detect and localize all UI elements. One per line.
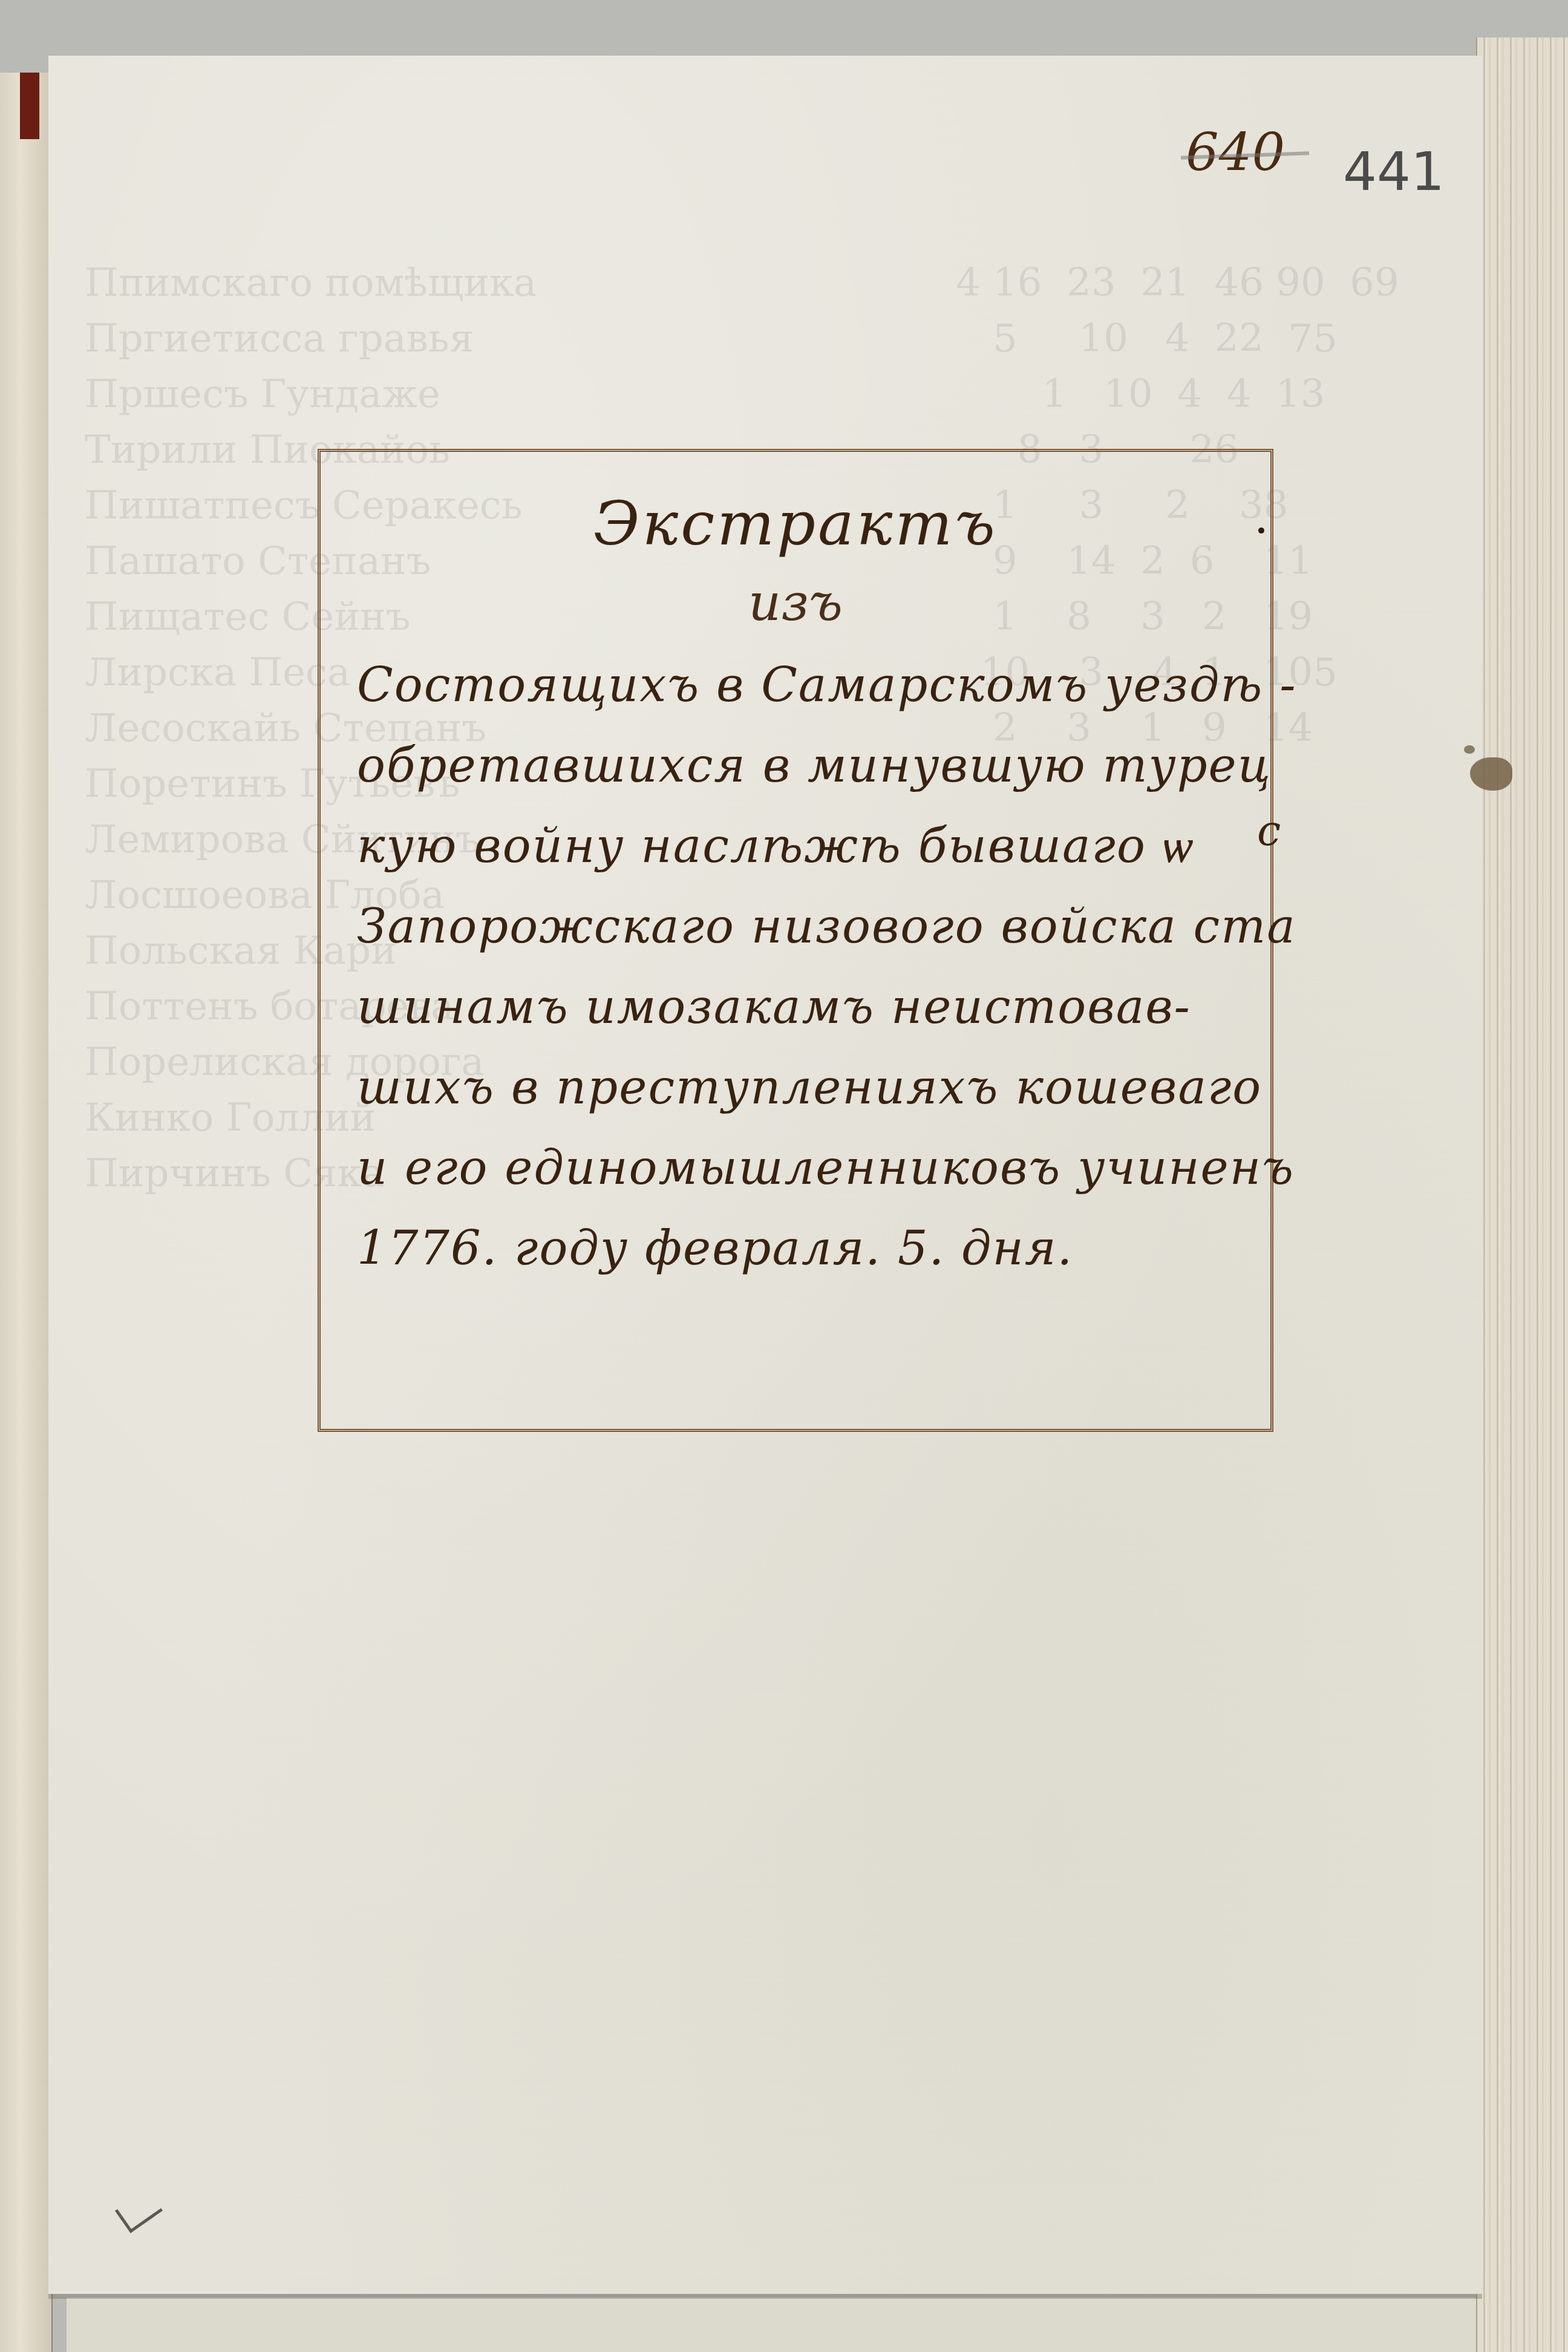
entry-title: Экстрактъ [321,488,1270,559]
ink-blot [1470,757,1512,791]
book-spine-left [0,73,53,2352]
entry-body: Состоящихъ в Самарскомъ уездѣ - обретавш… [357,645,1252,1289]
entry-line: и его единомышленниковъ учиненъ [357,1128,1252,1209]
manuscript-page: Ппимскаго помѣщика Пргиетисса гравья Прш… [48,56,1482,2294]
entry-subtitle: изъ [321,573,1270,632]
entry-line: шинамъ имозакамъ неистовав- [357,967,1252,1048]
page-edges-right [1476,38,1568,2352]
ink-dot [1258,528,1264,534]
pencil-tick-mark [115,2188,163,2233]
entry-line: шихъ в преступленияхъ кошеваго [357,1048,1252,1128]
entry-date-line: 1776. году февраля. 5. дня. [357,1209,1252,1289]
entry-line: обретавшихся в минувшую турец [357,726,1252,806]
entry-line: Состоящихъ в Самарскомъ уездѣ - [357,645,1252,726]
binding-ribbon [20,73,39,139]
underlying-page [67,2298,1476,2352]
margin-note: с [1257,806,1281,855]
entry-line: Запорожскаго низового войска ста [357,887,1252,967]
folio-number-pencil: 441 [1343,140,1445,203]
framed-entry: Экстрактъ изъ Состоящихъ в Самарскомъ уе… [318,449,1273,1432]
ink-blot-small [1464,745,1475,754]
entry-line: кую войну наслѣжѣ бывшаго ѡ [357,806,1252,887]
folio-number-ink: 640 [1186,122,1285,183]
